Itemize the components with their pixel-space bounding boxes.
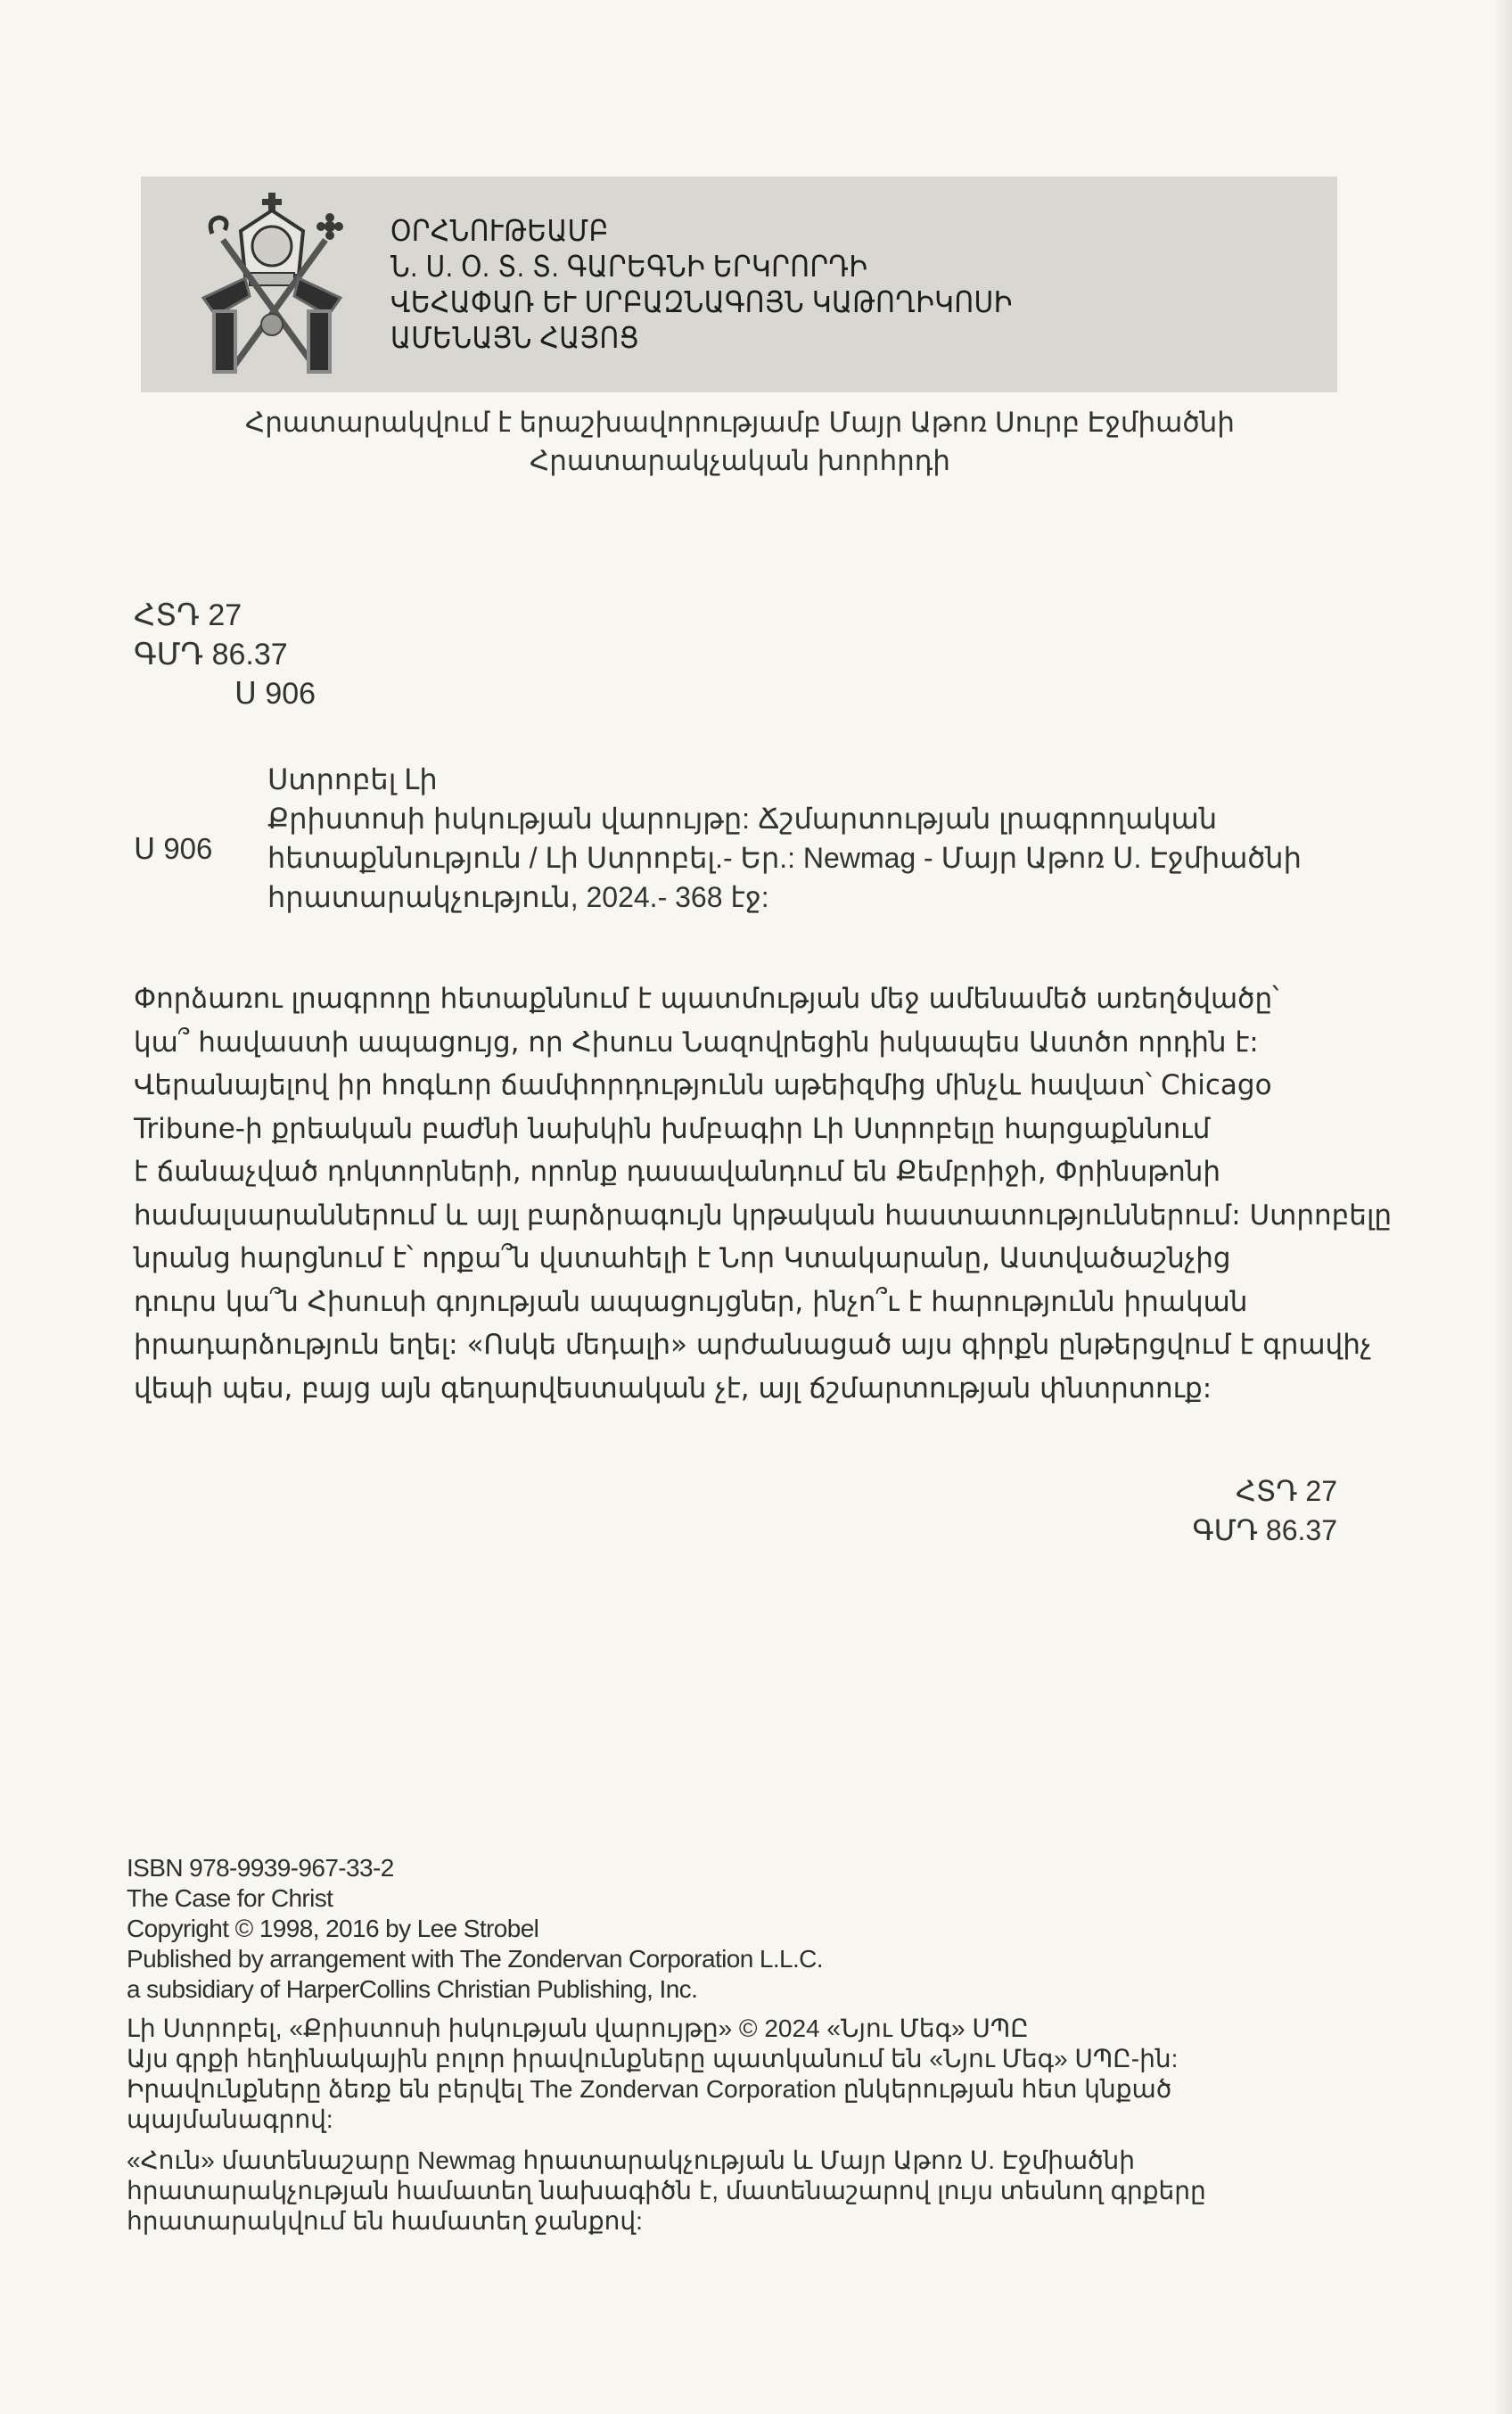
book-abstract: Փորձառու լրագրողը հետաքննում է պատմությա… — [134, 977, 1339, 1410]
copyright-block: ISBN 978-9939-967-33-2 The Case for Chri… — [127, 1853, 1286, 2237]
catalog-record: Ս 906 Ստրոբել Լի Քրիստոսի իսկության վարո… — [134, 760, 1337, 917]
series-note: «Հուն» մատենաշարը Newmag հրատարակչության… — [127, 2146, 1286, 2237]
imprimatur-note: Հրատարակվում է երաշխավորությամբ Մայր Աթո… — [134, 403, 1346, 480]
catalog-line: հրատարակչություն, 2024.- 368 էջ: — [267, 877, 1337, 917]
armenian-copyright-line: Լի Ստրոբել, «Քրիստոսի իսկության վարույթը… — [127, 2014, 1286, 2044]
abstract-line: կա՞ հավաստի ապացույց, որ Հիսուս Նազովրեց… — [134, 1021, 1339, 1065]
udc-code: ՀՏԴ 27 — [1192, 1471, 1337, 1511]
catalog-entry: Ստրոբել Լի Քրիստոսի իսկության վարույթը: … — [267, 760, 1337, 917]
armenian-copyright: Լի Ստրոբել, «Քրիստոսի իսկության վարույթը… — [127, 2014, 1286, 2135]
imprimatur-line: Հրատարակչական խորհրդի — [134, 441, 1346, 480]
isbn: ISBN 978-9939-967-33-2 — [127, 1853, 1286, 1883]
copyright-line: Copyright © 1998, 2016 by Lee Strobel — [127, 1914, 1286, 1944]
arrangement-line: Published by arrangement with The Zonder… — [127, 1944, 1286, 1974]
call-number: Ս 906 — [134, 829, 212, 869]
lbc-code: ԳՄԴ 86.37 — [1192, 1511, 1337, 1550]
catalog-line: հետաքննություն / Լի Ստրոբել.- Եր.: Newma… — [267, 838, 1337, 877]
blessing-text: ՕՐՀՆՈՒԹԵԱՄԲ Ն. Ս. Օ. Տ. Տ. ԳԱՐԵԳՆԻ ԵՐԿՐՈ… — [390, 213, 1013, 356]
blessing-line: Ն. Ս. Օ. Տ. Տ. ԳԱՐԵԳՆԻ ԵՐԿՐՈՐԴԻ — [390, 249, 1013, 284]
blessing-line: ՕՐՀՆՈՒԹԵԱՄԲ — [390, 213, 1013, 249]
series-note-line: հրատարակչության համատեղ նախագիծն է, մատե… — [127, 2176, 1286, 2206]
abstract-line: դուրս կա՞ն Հիսուսի գոյության ապացույցներ… — [134, 1281, 1339, 1324]
blessing-line: ՎԵՀԱՓԱՌ ԵՒ ՍՐԲԱԶՆԱԳՈՅՆ ԿԱԹՈՂԻԿՈՍԻ — [390, 284, 1013, 320]
catalog-author: Ստրոբել Լի — [267, 760, 1337, 799]
series-note-line: «Հուն» մատենաշարը Newmag հրատարակչության… — [127, 2146, 1286, 2176]
catalog-line: Քրիստոսի իսկության վարույթը: Ճշմարտությա… — [267, 799, 1337, 838]
abstract-line: վեպի պես, բայց այն գեղարվեստական չէ, այլ… — [134, 1367, 1339, 1411]
armenian-copyright-line: Այս գրքի հեղինակային բոլոր իրավունքները … — [127, 2044, 1286, 2074]
blessing-line: ԱՄԵՆԱՅՆ ՀԱՅՈՑ — [390, 320, 1013, 356]
abstract-line: Փորձառու լրագրողը հետաքննում է պատմությա… — [134, 977, 1339, 1021]
abstract-line: Tribune-ի քրեական բաժնի նախկին խմբագիր Լ… — [134, 1108, 1339, 1151]
catholicos-emblem-icon — [196, 191, 348, 378]
armenian-copyright-line: պայմանագրով: — [127, 2105, 1286, 2135]
armenian-copyright-line: Իրավունքները ձեռք են բերվել The Zonderva… — [127, 2074, 1286, 2105]
abstract-line: նրանց հարցնում է՝ որքա՞ն վստահելի է Նոր … — [134, 1237, 1339, 1281]
blessing-banner: ՕՐՀՆՈՒԹԵԱՄԲ Ն. Ս. Օ. Տ. Տ. ԳԱՐԵԳՆԻ ԵՐԿՐՈ… — [141, 177, 1337, 392]
abstract-line: համալսարաններում և այլ բարձրագույն կրթակ… — [134, 1194, 1339, 1238]
classification-codes: ՀՏԴ 27 ԳՄԴ 86.37 Ս 906 — [134, 596, 316, 713]
series-note-line: հրատարակվում են համատեղ ջանքով: — [127, 2206, 1286, 2237]
page-edge — [1496, 0, 1512, 2414]
lbc-code: ԳՄԴ 86.37 — [134, 635, 316, 674]
imprimatur-line: Հրատարակվում է երաշխավորությամբ Մայր Աթո… — [134, 403, 1346, 441]
udc-code: ՀՏԴ 27 — [134, 596, 316, 635]
author-mark: Ս 906 — [134, 674, 316, 713]
classification-codes-repeat: ՀՏԴ 27 ԳՄԴ 86.37 — [1192, 1471, 1337, 1550]
abstract-line: իրադարձություն եղել: «Ոսկե մեդալի» արժան… — [134, 1323, 1339, 1367]
abstract-line: է ճանաչված դոկտորների, որոնք դասավանդում… — [134, 1150, 1339, 1194]
abstract-line: Վերանայելով իր հոգևոր ճամփորդությունն աթ… — [134, 1064, 1339, 1108]
original-title: The Case for Christ — [127, 1883, 1286, 1914]
english-credits: ISBN 978-9939-967-33-2 The Case for Chri… — [127, 1853, 1286, 2005]
subsidiary-line: a subsidiary of HarperCollins Christian … — [127, 1974, 1286, 2005]
